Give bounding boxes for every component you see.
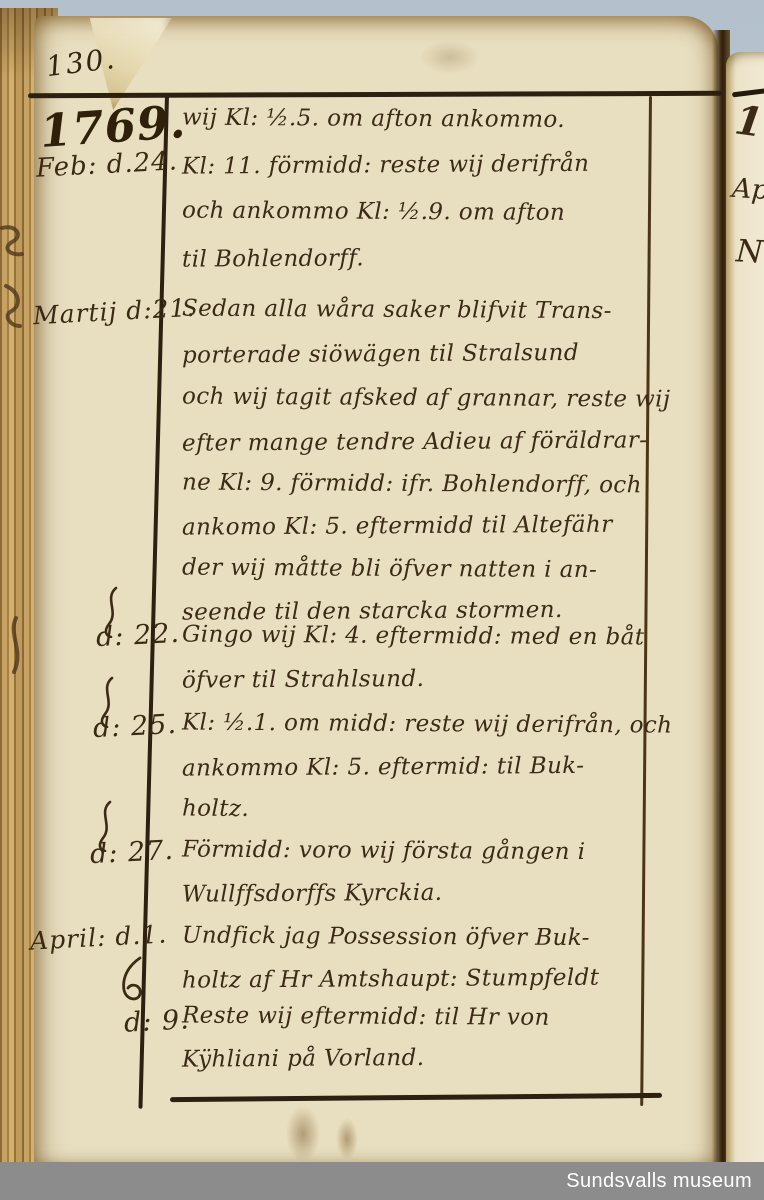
- entry-line: Wullffsdorffs Kyrckia.: [182, 878, 654, 907]
- manuscript-photo: 17 Ap N 130. 1769. Feb: d.24.wij Kl: ½.5…: [0, 0, 764, 1200]
- entry-line: öfver til Strahlsund.: [182, 664, 654, 693]
- entry-line: der wij måtte bli öfver natten i an-: [182, 555, 654, 584]
- entry-line: holtz af Hr Amtshaupt: Stumpfeldt: [182, 964, 654, 993]
- entry-line: Sedan alla wåra saker blifvit Trans-: [182, 296, 654, 325]
- entry-line: och wij tagit afsked af grannar, reste w…: [182, 384, 654, 413]
- entry-date: April: d.1.: [29, 919, 168, 955]
- table-bottom-rule: [170, 1093, 662, 1102]
- entry-date: d: 9.: [123, 1004, 190, 1038]
- entry-line: Gingo wij Kl: 4. eftermidd: med en båt: [182, 622, 654, 651]
- watermark-bar: Sundsvalls museum: [0, 1162, 764, 1200]
- watermark-label: Sundsvalls museum: [566, 1170, 764, 1193]
- paper-stain: [420, 40, 480, 74]
- pen-flourish: [94, 800, 116, 852]
- entry-line: ankomo Kl: 5. eftermidd til Altefähr: [182, 511, 654, 540]
- entry-line: holtz.: [182, 796, 654, 825]
- ink-bleed-mark: [2, 282, 28, 332]
- entry-line: ankommo Kl: 5. eftermid: til Buk-: [182, 752, 654, 781]
- entry-line: wij Kl: ½.5. om afton ankommo.: [182, 105, 654, 134]
- page-number: 130.: [44, 42, 118, 83]
- entry-line: Reste wij eftermidd: til Hr von: [182, 1003, 654, 1032]
- ink-bleed-mark: [0, 222, 30, 282]
- entry-date: Feb: d.24.: [35, 146, 178, 183]
- entry-line: Förmidd: voro wij första gången i: [182, 837, 654, 866]
- entry-line: til Bohlendorff.: [182, 243, 654, 272]
- entry-line: porterade siöwägen til Stralsund: [182, 339, 654, 368]
- entry-line: ne Kl: 9. förmidd: ifr. Bohlendorff, och: [182, 470, 654, 499]
- ink-bleed-mark: [6, 616, 28, 676]
- pen-flourish: [118, 956, 146, 1006]
- manuscript-layer: 130. 1769. Feb: d.24.wij Kl: ½.5. om aft…: [0, 0, 764, 1200]
- pen-flourish: [100, 586, 122, 638]
- entry-date: Martij d:21.: [32, 293, 196, 330]
- entry-line: Kl: ½.1. om midd: reste wij derifrån, oc…: [182, 710, 654, 739]
- entry-line: Kÿhliani på Vorland.: [182, 1043, 654, 1072]
- table-top-rule: [28, 91, 722, 98]
- paper-stain: [286, 1106, 320, 1162]
- paper-stain: [336, 1118, 358, 1160]
- entry-line: Undfick jag Possession öfver Buk-: [182, 923, 654, 952]
- entry-line: Kl: 11. förmidd: reste wij derifrån: [182, 150, 654, 179]
- entry-line: och ankommo Kl: ½.9. om afton: [182, 198, 654, 227]
- pen-flourish: [96, 676, 118, 728]
- entry-line: efter mange tendre Adieu af föräldrar-: [182, 427, 654, 456]
